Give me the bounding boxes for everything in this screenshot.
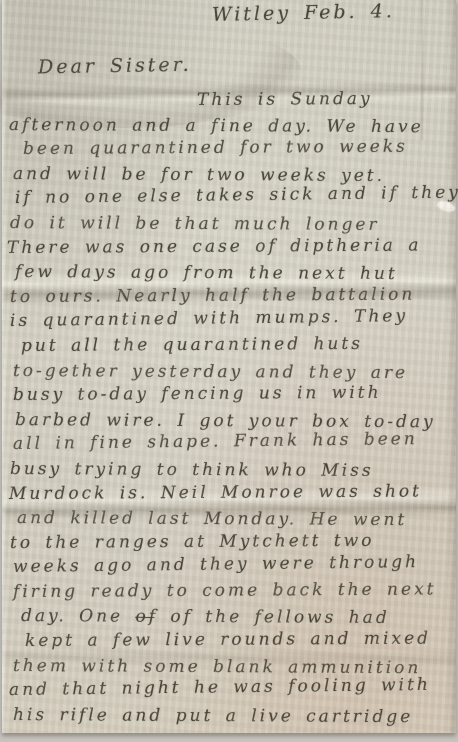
letter-line: and that night he was fooling with [9,673,454,703]
letter-line: weeks ago and they were through [13,550,454,580]
letter-line: his rifle and put a live cartridge [13,703,454,730]
letter-line: is quarantined with mumps. They [10,304,454,334]
letter-line: There was one case of diptheria a [7,233,454,260]
salutation: Dear Sister. [38,54,192,79]
letter-line: busy to-day fencing us in with [13,380,454,407]
letter-body: This is Sundayafternoon and a fine day. … [7,88,454,727]
letter-line: firing ready to come back the next [13,577,454,604]
scanned-letter: Witley Feb. 4. Dear Sister. This is Sund… [0,0,458,742]
letter-line: Murdock is. Neil Monroe was shot [9,479,454,506]
letter-line: kept a few live rounds and mixed [25,626,454,653]
letter-line: if no one else takes sick and if they [15,181,454,211]
letter-line: all in fine shape. Frank has been [13,427,454,457]
letter-paper: Witley Feb. 4. Dear Sister. This is Sund… [2,0,456,733]
letter-line: been quarantined for two weeks [23,135,454,162]
letter-line: This is Sunday [197,86,454,112]
letter-line: put all the quarantined huts [21,331,454,358]
place-date: Witley Feb. 4. [212,0,395,26]
